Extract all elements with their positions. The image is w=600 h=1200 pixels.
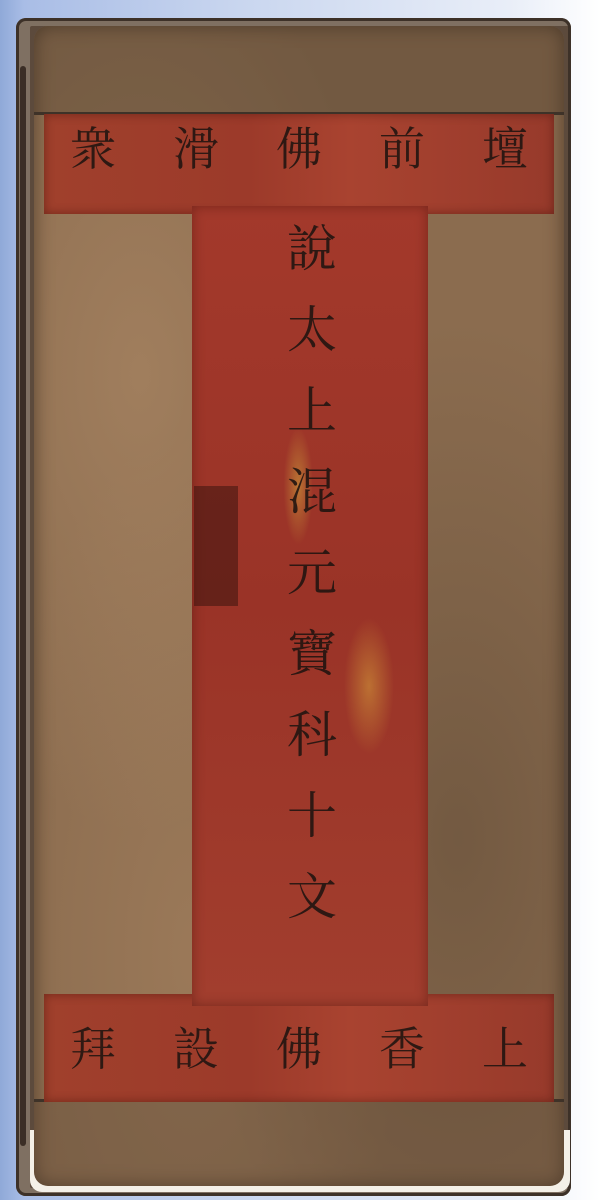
character: 佛 bbox=[276, 1026, 322, 1072]
character: 說 bbox=[287, 224, 337, 274]
character: 前 bbox=[379, 126, 425, 172]
stain bbox=[194, 486, 238, 606]
book-cover: 壇 前 佛 滑 衆 說 太 上 混 元 寶 科 十 文 上 香 佛 設 拜 bbox=[34, 26, 564, 1186]
character: 衆 bbox=[70, 126, 116, 172]
spine-edge bbox=[20, 66, 26, 1146]
character: 元 bbox=[287, 548, 337, 598]
cover-top-fold bbox=[34, 26, 564, 115]
character: 科 bbox=[287, 710, 337, 760]
cover-bottom-fold bbox=[34, 1099, 564, 1186]
character: 滑 bbox=[173, 126, 219, 172]
character: 設 bbox=[173, 1026, 219, 1072]
character: 十 bbox=[287, 791, 337, 841]
character: 混 bbox=[287, 467, 337, 517]
character: 拜 bbox=[70, 1026, 116, 1072]
character: 壇 bbox=[482, 126, 528, 172]
top-band-text: 壇 前 佛 滑 衆 bbox=[44, 126, 554, 172]
title-text: 說 太 上 混 元 寶 科 十 文 bbox=[272, 224, 352, 953]
character: 上 bbox=[482, 1026, 528, 1072]
character: 香 bbox=[379, 1026, 425, 1072]
character: 太 bbox=[287, 305, 337, 355]
character: 文 bbox=[287, 872, 337, 922]
character: 佛 bbox=[276, 126, 322, 172]
character: 寶 bbox=[287, 629, 337, 679]
character: 上 bbox=[287, 386, 337, 436]
bottom-band-text: 上 香 佛 設 拜 bbox=[44, 1026, 554, 1072]
